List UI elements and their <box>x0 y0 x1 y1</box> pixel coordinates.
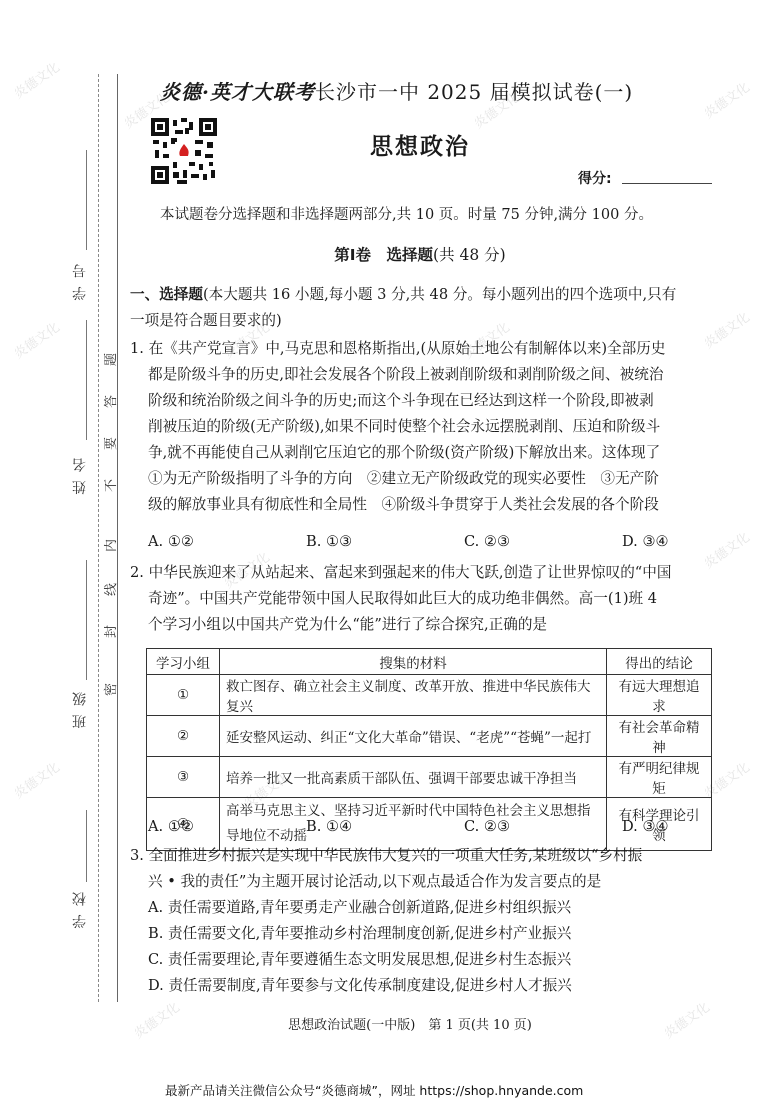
watermark: 炎德文化 <box>9 57 63 102</box>
exam-title: 炎德·英才大联考长沙市一中 2025 届模拟试卷(一) <box>160 76 633 105</box>
option-c[interactable]: C. ②③ <box>464 818 510 835</box>
question-1-options: A. ①② B. ①③ C. ②③ D. ③④ <box>148 533 708 557</box>
table-cell-conclusion: 有严明纪律规矩 <box>607 757 712 798</box>
question-2-options: A. ①② B. ①④ C. ②③ D. ③④ <box>148 818 708 842</box>
table-cell-conclusion: 有社会革命精神 <box>607 716 712 757</box>
table-cell-material: 延安整风运动、纠正“文化大革命”错误、“老虎”“苍蝇”一起打 <box>220 716 607 757</box>
watermark: 炎德文化 <box>699 77 753 122</box>
table-header: 搜集的材料 <box>220 649 607 675</box>
section-instr-line2: 一项是符合题目要求的) <box>130 308 720 334</box>
watermark: 炎德文化 <box>9 317 63 362</box>
section-title-score: (共 48 分) <box>433 246 506 264</box>
option-b[interactable]: B. ①④ <box>306 818 352 835</box>
option-a[interactable]: A. ①② <box>148 533 194 550</box>
section-title: 第Ⅰ卷 选择题(共 48 分) <box>0 243 780 265</box>
question-1: 1. 在《共产党宣言》中,马克思和恩格斯指出,(从原始土地公有制解体以来)全部历… <box>130 336 720 518</box>
question-3: 3. 全面推进乡村振兴是实现中华民族伟大复兴的一项重大任务,某班级以“乡村振 兴… <box>130 843 720 999</box>
seal-char: 封 <box>100 625 119 638</box>
option-d[interactable]: D. 责任需要制度,青年要参与文化传承制度建设,促进乡村人才振兴 <box>130 973 720 999</box>
exam-intro: 本试题卷分选择题和非选择题两部分,共 10 页。时量 75 分钟,满分 100 … <box>160 203 653 224</box>
table-cell-conclusion: 有远大理想追求 <box>607 675 712 716</box>
section-instr-line1: (本大题共 16 小题,每小题 3 分,共 48 分。每小题列出的四个选项中,只… <box>203 286 676 303</box>
question-2: 2. 中华民族迎来了从站起来、富起来到强起来的伟大飞跃,创造了让世界惊叹的“中国… <box>130 560 720 638</box>
class-label: 班 级 <box>70 690 90 728</box>
table-header: 学习小组 <box>147 649 220 675</box>
watermark: 炎德文化 <box>9 757 63 802</box>
score-label: 得分: <box>578 168 612 188</box>
table-row: ② 延安整风运动、纠正“文化大革命”错误、“老虎”“苍蝇”一起打 有社会革命精神 <box>147 716 712 757</box>
seal-char: 题 <box>100 353 119 366</box>
question-2-line: 个学习小组以中国共产党为什么“能”进行了综合探究,正确的是 <box>130 612 720 638</box>
question-2-line: 2. 中华民族迎来了从站起来、富起来到强起来的伟大飞跃,创造了让世界惊叹的“中国 <box>130 560 720 586</box>
question-1-line: ①为无产阶级指明了斗争的方向 ②建立无产阶级政党的现实必要性 ③无产阶 <box>130 466 720 492</box>
class-fill-line <box>86 560 87 680</box>
name-label: 姓 名 <box>70 456 90 494</box>
seal-char: 答 <box>100 395 119 408</box>
option-b[interactable]: B. 责任需要文化,青年要推动乡村治理制度创新,促进乡村产业振兴 <box>130 921 720 947</box>
name-fill-line <box>86 320 87 440</box>
exam-name: 长沙市一中 2025 届模拟试卷(一) <box>315 80 633 104</box>
table-cell-group: ② <box>147 716 220 757</box>
subject-title: 思想政治 <box>0 128 780 161</box>
seal-char: 线 <box>100 583 119 596</box>
option-d[interactable]: D. ③④ <box>622 533 669 550</box>
question-1-line: 阶级和统治阶级之间斗争的历史;而这个斗争现在已经达到这样一个阶段,即被剥 <box>130 388 720 414</box>
option-b[interactable]: B. ①③ <box>306 533 352 550</box>
section-title-bold: 第Ⅰ卷 选择题 <box>334 246 433 264</box>
score-input-line[interactable] <box>622 183 712 184</box>
question-3-line: 3. 全面推进乡村振兴是实现中华民族伟大复兴的一项重大任务,某班级以“乡村振 <box>130 843 720 869</box>
promo-text: 最新产品请关注微信公众号“炎德商城”，网址 https://shop.hnyan… <box>165 1081 583 1099</box>
table-row: ① 救亡图存、确立社会主义制度、改革开放、推进中华民族伟大复兴 有远大理想追求 <box>147 675 712 716</box>
seal-char: 不 <box>100 479 119 492</box>
section-instructions: 一、选择题(本大题共 16 小题,每小题 3 分,共 48 分。每小题列出的四个… <box>130 282 720 334</box>
option-a[interactable]: A. ①② <box>148 818 194 835</box>
question-1-line: 1. 在《共产党宣言》中,马克思和恩格斯指出,(从原始土地公有制解体以来)全部历… <box>130 336 720 362</box>
question-2-line: 奇迹”。中国共产党能带领中国人民取得如此巨大的成功绝非偶然。高一(1)班 4 <box>130 586 720 612</box>
student-id-fill-line <box>86 150 87 250</box>
table-cell-material: 培养一批又一批高素质干部队伍、强调干部要忠诚干净担当 <box>220 757 607 798</box>
seal-char: 要 <box>100 437 119 450</box>
question-3-line: 兴 • 我的责任”为主题开展讨论活动,以下观点最适合作为发言要点的是 <box>130 869 720 895</box>
table-cell-group: ③ <box>147 757 220 798</box>
page-footer: 思想政治试题(一中版) 第 1 页(共 10 页) <box>0 1014 780 1033</box>
question-1-line: 争,就不再能使自己从剥削它压迫它的那个阶级(资产阶级)下解放出来。这体现了 <box>130 440 720 466</box>
dotted-seal-line <box>98 74 99 1002</box>
table-row: ③ 培养一批又一批高素质干部队伍、强调干部要忠诚干净担当 有严明纪律规矩 <box>147 757 712 798</box>
question-1-line: 级的解放事业具有彻底性和全局性 ④阶级斗争贯穿于人类社会发展的各个阶段 <box>130 492 720 518</box>
table-header: 得出的结论 <box>607 649 712 675</box>
table-header-row: 学习小组 搜集的材料 得出的结论 <box>147 649 712 675</box>
student-id-label: 学 号 <box>70 262 90 300</box>
question-1-line: 都是阶级斗争的历史,即社会发展各个阶段上被剥削阶级和剥削阶级之间、被统治 <box>130 362 720 388</box>
seal-char: 密 <box>100 683 119 696</box>
question-1-line: 削被压迫的阶级(无产阶级),如果不同时使整个社会永远摆脱剥削、压迫和阶级斗 <box>130 414 720 440</box>
option-a[interactable]: A. 责任需要道路,青年要勇走产业融合创新道路,促进乡村组织振兴 <box>130 895 720 921</box>
school-label: 学 校 <box>70 890 90 928</box>
table-cell-material: 救亡图存、确立社会主义制度、改革开放、推进中华民族伟大复兴 <box>220 675 607 716</box>
section-instr-bold: 一、选择题 <box>130 286 203 303</box>
option-c[interactable]: C. 责任需要理论,青年要遵循生态文明发展思想,促进乡村生态振兴 <box>130 947 720 973</box>
exam-brand: 炎德·英才大联考 <box>160 80 315 104</box>
option-c[interactable]: C. ②③ <box>464 533 510 550</box>
school-fill-line <box>86 810 87 882</box>
table-cell-group: ① <box>147 675 220 716</box>
option-d[interactable]: D. ③④ <box>622 818 669 835</box>
seal-char: 内 <box>100 539 119 552</box>
